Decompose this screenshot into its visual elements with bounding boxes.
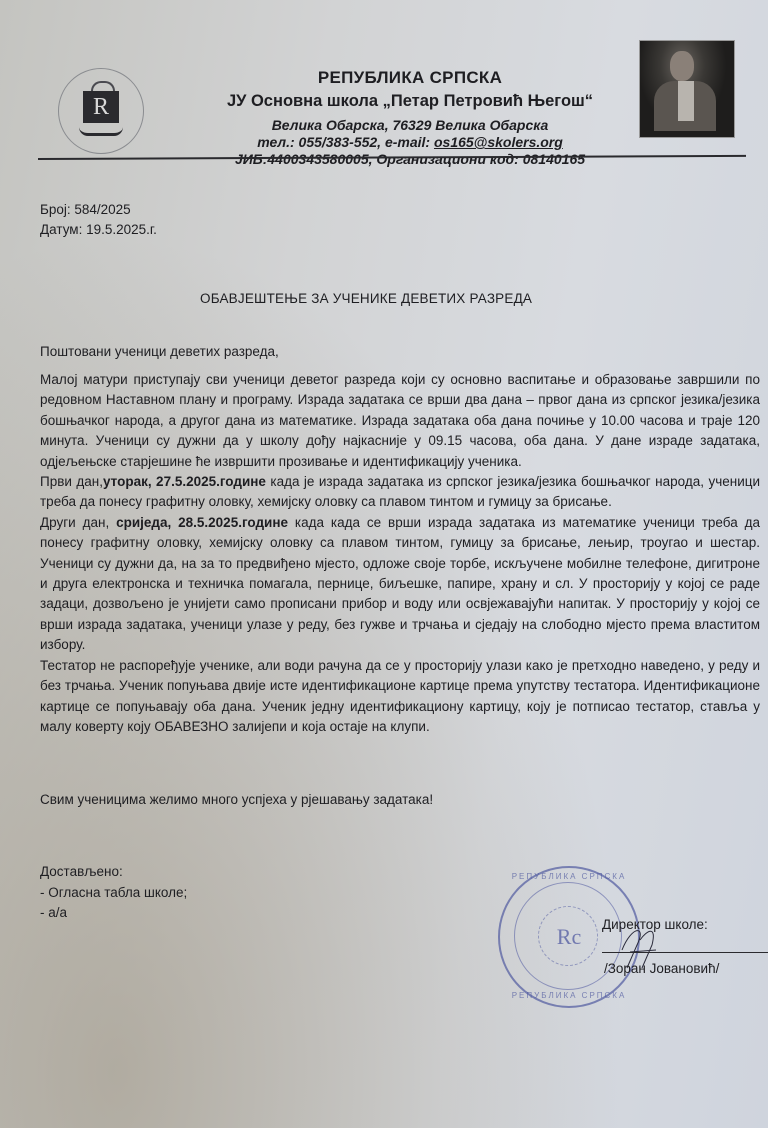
school-address: Велика Обарска, 76329 Велика Обарска	[190, 117, 630, 133]
day1-date: уторак, 27.5.2025.године	[103, 474, 266, 489]
day1-prefix: Први дан,	[40, 474, 103, 489]
director-label: Директор школе:	[602, 917, 708, 932]
coat-of-arms-icon: R	[58, 68, 144, 154]
contact-phone: тел.: 055/383-552, e-mail:	[257, 134, 434, 150]
school-name: ЈУ Основна школа „Петар Петровић Његош“	[190, 92, 630, 111]
delivered-label: Достављено:	[40, 862, 187, 883]
greeting: Поштовани ученици деветих разреда,	[40, 344, 279, 359]
signature-line	[602, 952, 768, 953]
stamp-bottom-text: РЕПУБЛИКА СРПСКА	[500, 991, 638, 1000]
delivered-to: Достављено: - Огласна табла школе; - а/а	[40, 862, 187, 924]
header-title: РЕПУБЛИКА СРПСКА	[190, 68, 630, 88]
day2-prefix: Други дан,	[40, 515, 116, 530]
document-page: R РЕПУБЛИКА СРПСКА ЈУ Основна школа „Пет…	[0, 0, 768, 1128]
paragraph-day2: Други дан, сриједа, 28.5.2025.године кад…	[40, 513, 760, 656]
school-contact: тел.: 055/383-552, e-mail: os165@skolers…	[190, 134, 630, 150]
crest-letter: R	[83, 91, 119, 123]
director-name: /Зоран Јовановић/	[604, 961, 719, 976]
day2-date: сриједа, 28.5.2025.године	[116, 515, 288, 530]
portrait-image	[639, 40, 735, 138]
document-date: Датум: 19.5.2025.г.	[40, 222, 157, 237]
contact-email-link[interactable]: os165@skolers.org	[434, 134, 563, 150]
document-body: Малој матури приступају сви ученици деве…	[40, 364, 760, 737]
delivered-item: - Огласна табла школе;	[40, 883, 187, 904]
paragraph-tester: Тестатор не распоређује ученике, али вод…	[40, 656, 760, 738]
closing-wish: Свим ученицима желимо много успјеха у рј…	[40, 792, 433, 807]
document-number: Број: 584/2025	[40, 202, 131, 217]
document-title: ОБАВЈЕШТЕЊЕ ЗА УЧЕНИКЕ ДЕВЕТИХ РАЗРЕДА	[200, 291, 532, 306]
paragraph-day1: Први дан,уторак, 27.5.2025.године када ј…	[40, 472, 760, 513]
paragraph-intro: Малој матури приступају сви ученици деве…	[40, 370, 760, 472]
delivered-item: - а/а	[40, 903, 187, 924]
day2-text: када када се врши израда задатака из мат…	[40, 515, 760, 652]
